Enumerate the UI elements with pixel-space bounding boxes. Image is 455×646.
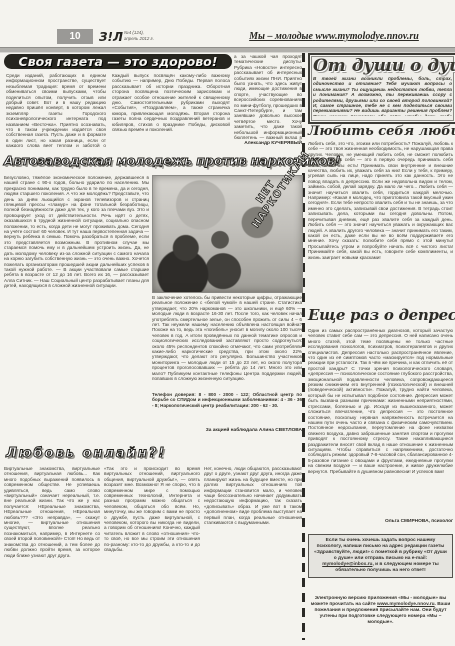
article-dusha-box: От души о душе! В твоей жизни возникли п… — [308, 53, 455, 124]
article-lubit-body: Любить себя, это что, эгоизм или потребн… — [308, 141, 453, 302]
article-gazeta-author: Александр КУЧЕРЯВЫЙ — [200, 141, 302, 146]
newspaper-page: 10 З!Л №4 (124), апрель 2012 г. Мы – мол… — [0, 0, 455, 646]
article-gazeta-col3: а за чашкой чая проходят тематические ди… — [234, 54, 302, 139]
article-online-col1: Виртуальные знакомства, виртуальные отно… — [4, 466, 100, 640]
article-gazeta-headline: Своя газета — это здорово! — [4, 54, 232, 69]
article-gazeta-col2: Каждый выпуск посвящён какому-либо важно… — [112, 73, 230, 147]
hotline-phones: Телефон доверия: 8 - 800 - 2000 - 122; О… — [152, 392, 302, 424]
psychologist-invite-box: Если ты очень хочешь задать вопрос нашем… — [308, 534, 453, 578]
column-divider — [302, 53, 305, 640]
article-online-col2: «Так это и происходит во время виртуальн… — [104, 466, 200, 640]
masthead-title: Мы – молодые — [249, 31, 313, 42]
masthead: Мы – молодые www.mymolodye.nnov.ru — [228, 31, 440, 42]
article-dusha-intro: В твоей жизни возникли проблемы, боль, с… — [313, 76, 452, 116]
issue-info: №4 (124), апрель 2012 г. — [124, 30, 169, 41]
newspaper-logo: З!Л — [99, 30, 123, 44]
article-narkotiki-author: За акцией наблюдала Алина СВЕТЛОВА — [152, 428, 302, 433]
article-narkotiki-left-column: Безусловно, тяжёлое экономическое положе… — [4, 175, 149, 425]
article-online-col3: Нет, конечно, люди общаются, рассказываю… — [204, 466, 302, 640]
article-depress-body: Один из самых распространённых диагнозов… — [308, 328, 453, 516]
article-lubit-headline: Любить себя любимую! — [308, 124, 453, 139]
invite-email-link: mymolodye@inbox.ru — [322, 562, 372, 567]
masthead-site-link: www.mymolodye.nnov.ru — [315, 31, 418, 42]
article-narkotiki-headline: Автозаводская молодежь против наркотиков… — [4, 153, 302, 168]
invite-text: Если ты очень хочешь задать вопрос нашем… — [314, 538, 447, 561]
page-number: 10 — [57, 29, 93, 44]
article-online-headline: Любовь онлайн?! — [6, 446, 166, 461]
article-dusha-headline: От души о душе! — [313, 56, 452, 76]
article-depress-author: Ольга СМИРНОВА, психолог — [308, 519, 453, 524]
issue-date: апрель 2012 г. — [124, 36, 169, 42]
article-gazeta-col1: Среди изданий, работающих в едином инфор… — [6, 73, 106, 147]
article-narkotiki-right-column: В заключение хотелось бы привести некото… — [152, 295, 302, 390]
footer-site-link: www.mymolodye.nnov.ru — [377, 602, 435, 607]
footer-note: Электронную версию приложения «Мы - моло… — [308, 596, 453, 638]
article-depress-headline: Еще раз о депрессии — [308, 306, 453, 324]
